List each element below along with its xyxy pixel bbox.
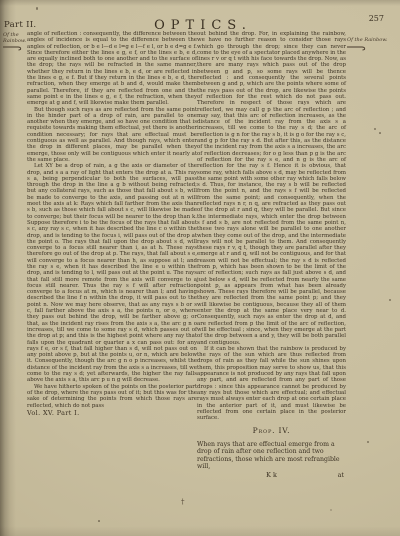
paper-speck — [374, 128, 376, 130]
margin-note-left: Of the Rainbow. — [3, 33, 27, 51]
margin-note-right-text: Of the Rainbow. — [347, 37, 387, 43]
paper-speck — [367, 441, 369, 443]
paper-speck — [98, 520, 100, 522]
book-page: Part II. OPTICS. 257 Of the Rainbow. Of … — [0, 0, 400, 536]
paper-speck — [330, 509, 332, 511]
volume-line: Vol. XV. Part I. — [27, 410, 197, 416]
margin-note-right: Of the Rainbow. — [347, 38, 389, 51]
paragraph: If it can be shown that the rainbow is p… — [197, 346, 346, 422]
proposition-text: When rays that are effectual emerge from… — [197, 441, 346, 471]
paper-speck — [389, 299, 391, 301]
flourish-icon — [347, 45, 369, 51]
footnote-mark: † — [181, 498, 185, 506]
paragraph: We have hitherto spoken of the points on… — [27, 384, 197, 409]
left-column: angle of reflection : consequently, the … — [27, 31, 197, 417]
signature-mark: K k — [197, 472, 346, 478]
paragraph: angle of reflection : consequently, the … — [27, 31, 197, 107]
paper-speck — [379, 132, 381, 134]
margin-note-left-text: Of the Rainbow. — [3, 32, 26, 44]
paragraph: Let XY be a drop of rain, a g the axis o… — [27, 163, 197, 383]
paragraph: out behind the drop. For, in explaining … — [197, 31, 346, 346]
page-number: 257 — [369, 14, 384, 23]
flourish-icon — [3, 45, 25, 51]
catchword: at — [338, 472, 344, 478]
paragraph: But though such rays as are reflected fr… — [27, 107, 197, 164]
right-column: out behind the drop. For, in explaining … — [197, 31, 346, 480]
paper-speck — [36, 7, 38, 10]
proposition-heading: Prop. IV. — [197, 428, 346, 434]
signature-row: K k at — [197, 472, 346, 480]
